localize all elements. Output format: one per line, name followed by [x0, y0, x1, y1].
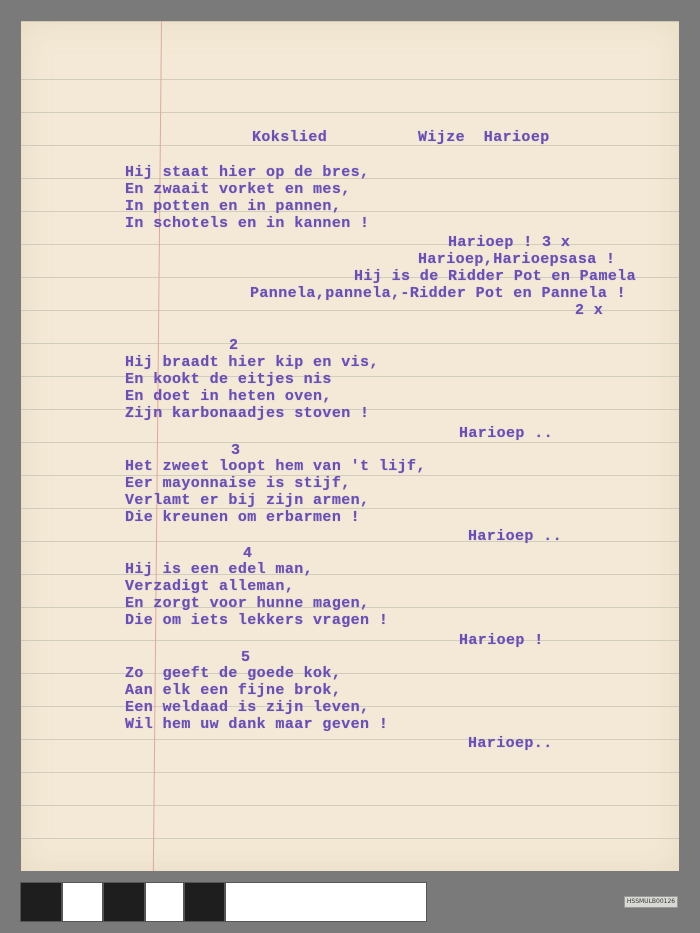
- song-title: Kokslied: [252, 129, 327, 146]
- stanza-1-line-2: En zwaait vorket en mes,: [125, 181, 351, 198]
- stanza-4-line-1: Hij is een edel man,: [125, 561, 313, 578]
- typed-page: Kokslied Wijze Harioep Hij staat hier op…: [21, 21, 679, 871]
- tune-note: Wijze Harioep: [418, 129, 550, 146]
- calibration-swatch-white: [62, 882, 103, 922]
- calibration-swatch-black: [103, 882, 145, 922]
- stanza-5-line-2: Aan elk een fijne brok,: [125, 682, 341, 699]
- color-calibration-bar: [20, 882, 427, 922]
- stanza-2-line-1: Hij braadt hier kip en vis,: [125, 354, 379, 371]
- stanza-3-line-3: Verlamt er bij zijn armen,: [125, 492, 369, 509]
- stanza-4-line-4: Die om iets lekkers vragen !: [125, 612, 388, 629]
- stanza-2-line-2: En kookt de eitjes nis: [125, 371, 332, 388]
- stanza-5-line-4: Wil hem uw dank maar geven !: [125, 716, 388, 733]
- stanza-2-line-4: Zijn karbonaadjes stoven !: [125, 405, 369, 422]
- chorus-line-1: Harioep ! 3 x: [448, 234, 570, 251]
- stanza-3-line-4: Die kreunen om erbarmen !: [125, 509, 360, 526]
- calibration-swatch-black: [184, 882, 225, 922]
- stanza-3-line-2: Eer mayonnaise is stijf,: [125, 475, 351, 492]
- stanza-5-line-1: Zo geeft de goede kok,: [125, 665, 341, 682]
- calibration-swatch-white-wide: [225, 882, 427, 922]
- stanza-1-line-4: In schotels en in kannen !: [125, 215, 369, 232]
- stanza-5-number: 5: [241, 649, 250, 666]
- stanza-1-line-3: In potten en in pannen,: [125, 198, 341, 215]
- stanza-4-line-3: En zorgt voor hunne magen,: [125, 595, 369, 612]
- stanza-2-line-3: En doet in heten oven,: [125, 388, 332, 405]
- calibration-swatch-black: [20, 882, 62, 922]
- stanza-5-line-3: Een weldaad is zijn leven,: [125, 699, 369, 716]
- stanza-4-line-2: Verzadigt alleman,: [125, 578, 294, 595]
- chorus-line-3: Hij is de Ridder Pot en Pamela: [354, 268, 636, 285]
- chorus-line-4: Pannela,pannela,-Ridder Pot en Pannela !: [250, 285, 626, 302]
- refrain-2: Harioep ..: [468, 528, 562, 545]
- archive-id-label: HSSMULB00126: [624, 896, 678, 908]
- stanza-3-line-1: Het zweet loopt hem van 't lijf,: [125, 458, 426, 475]
- stanza-4-number: 4: [243, 545, 252, 562]
- chorus-line-2: Harioep,Harioepsasa !: [418, 251, 615, 268]
- refrain-3: Harioep !: [459, 632, 544, 649]
- calibration-swatch-white: [145, 882, 184, 922]
- stanza-1-line-1: Hij staat hier op de bres,: [125, 164, 369, 181]
- stanza-3-number: 3: [231, 442, 240, 459]
- stanza-2-number: 2: [229, 337, 238, 354]
- refrain-1: Harioep ..: [459, 425, 553, 442]
- margin-line: [153, 21, 162, 871]
- refrain-4: Harioep..: [468, 735, 553, 752]
- chorus-line-5: 2 x: [575, 302, 603, 319]
